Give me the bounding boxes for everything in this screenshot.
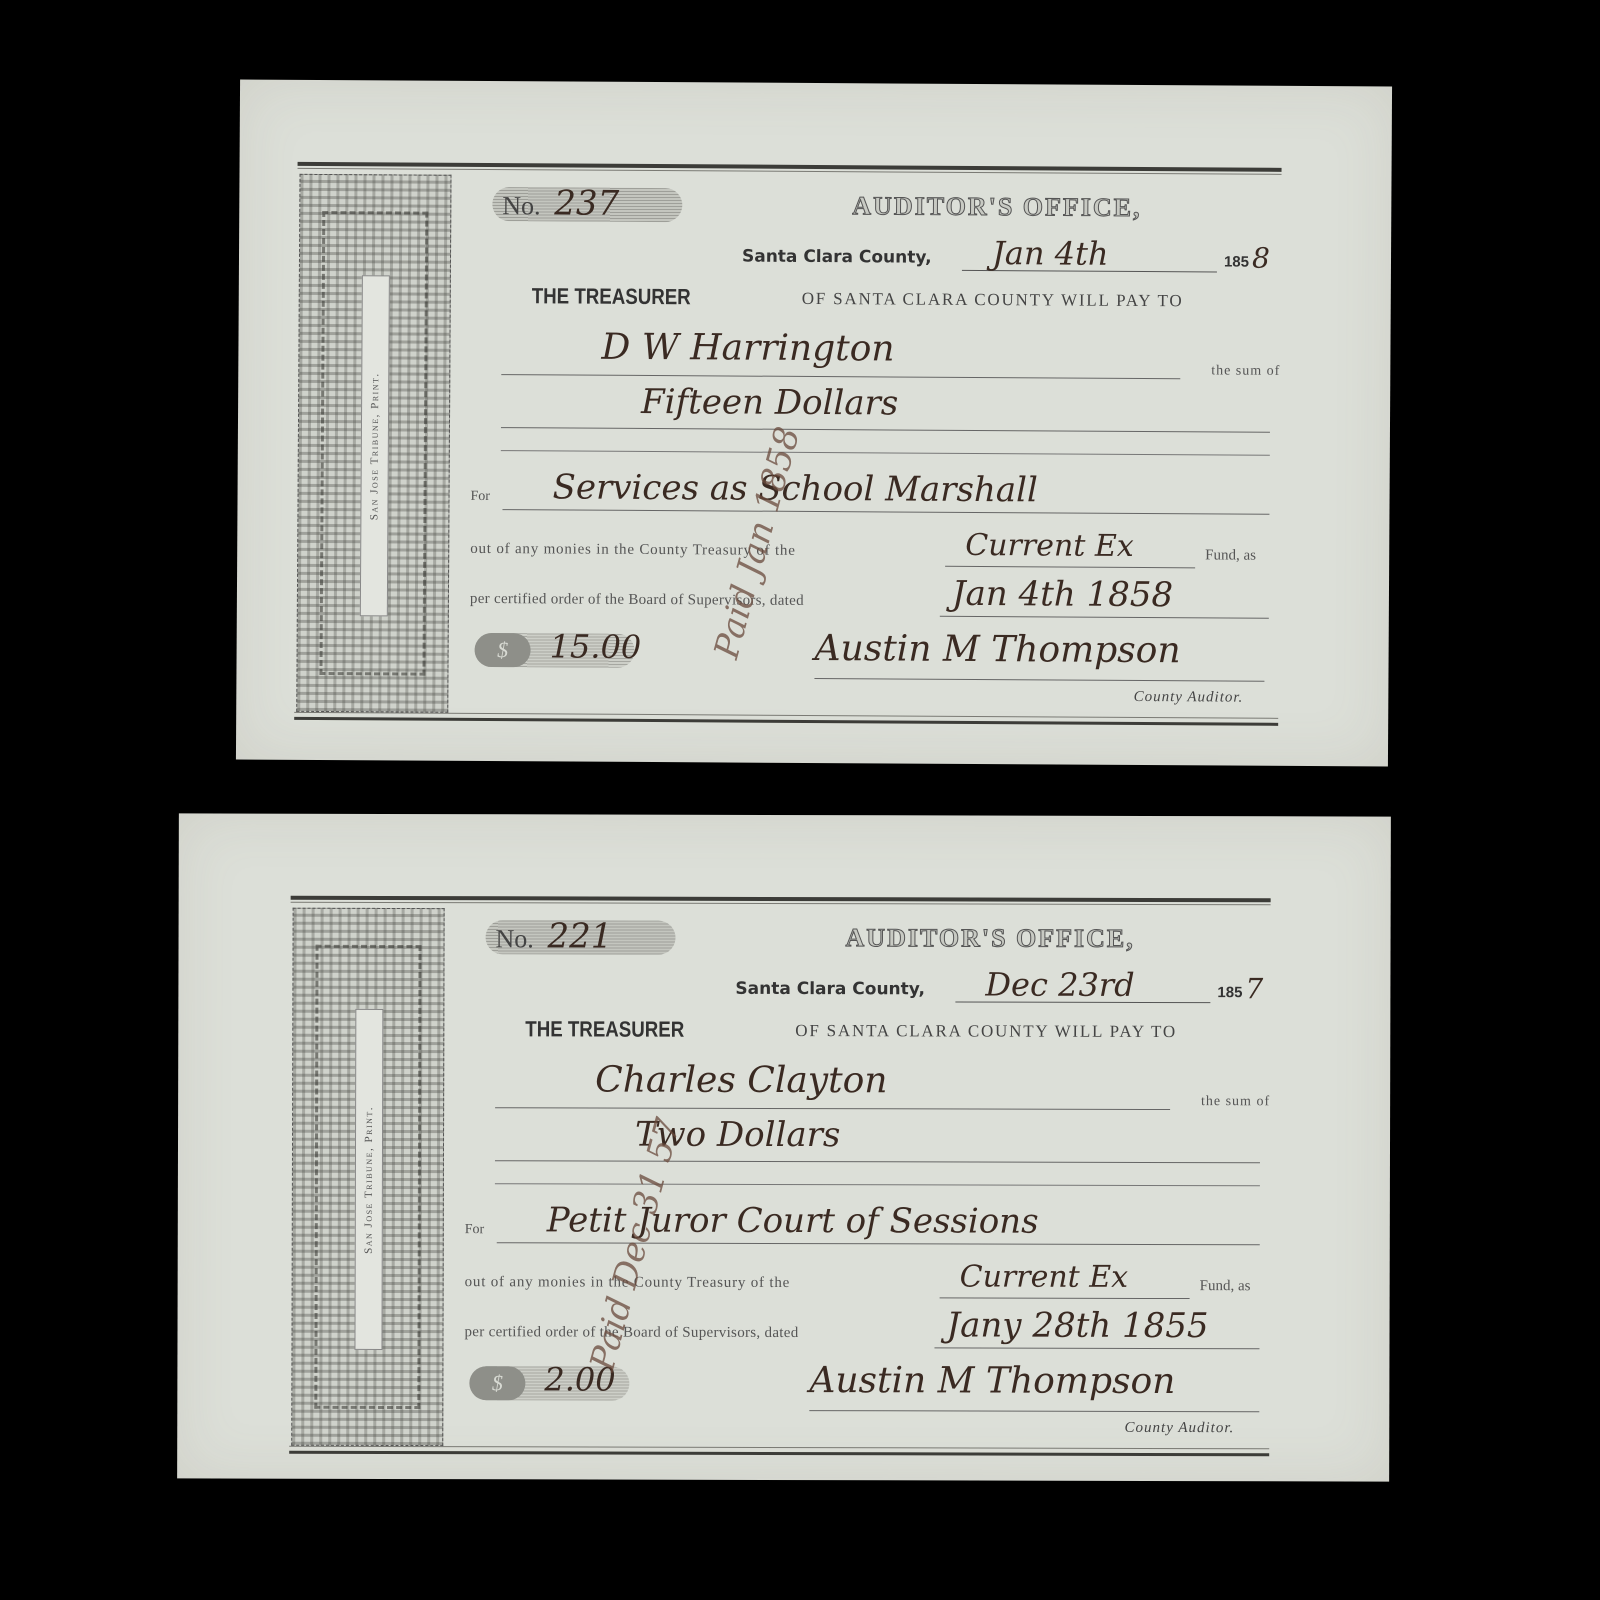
number-label: No. — [502, 191, 540, 221]
fund-suffix: Fund, as — [1205, 547, 1256, 564]
fund-value: Current Ex — [965, 528, 1134, 564]
dollar-amount-box: $ 2.00 — [469, 1366, 629, 1400]
top-rule — [291, 896, 1271, 903]
county-date-line: Santa Clara County, Dec 23rd 185 7 — [735, 969, 1260, 1006]
purpose-row: For Services as School Marshall — [470, 475, 1269, 520]
fund-suffix: Fund, as — [1200, 1278, 1251, 1295]
signatory-title: County Auditor. — [1125, 1420, 1235, 1437]
date-field: Jan 4th — [962, 240, 1217, 273]
purpose-field: Services as School Marshall — [502, 475, 1269, 515]
treasurer-line: THE TREASURER OF SANTA CLARA COUNTY WILL… — [525, 1016, 1270, 1050]
for-label: For — [470, 489, 490, 505]
dollar-sign-icon: $ — [469, 1366, 525, 1400]
for-label: For — [465, 1222, 484, 1238]
dollar-sign-icon: $ — [475, 633, 531, 667]
treasurer-heading: THE TREASURER — [525, 1016, 684, 1042]
payee-value: Charles Clayton — [595, 1060, 887, 1102]
signature-field: Austin M Thompson — [814, 632, 1264, 682]
top-rule — [298, 162, 1282, 172]
amount-words-field: Two Dollars — [495, 1116, 1260, 1163]
order-date-row: per certified order of the Board of Supe… — [470, 583, 1279, 622]
amount-words-value: Fifteen Dollars — [641, 382, 898, 424]
treasurer-heading: THE TREASURER — [532, 283, 691, 310]
purpose-field: Petit Juror Court of Sessions — [497, 1208, 1260, 1245]
order-date-field: Jany 28th 1855 — [934, 1317, 1259, 1349]
county-warrant-237: San Jose Tribune, Print. No. 237 AUDITOR… — [236, 79, 1392, 766]
warrant-number: 221 — [547, 916, 612, 956]
fund-field: Current Ex — [940, 1269, 1190, 1299]
payee-value: D W Harrington — [601, 327, 894, 370]
bottom-rule — [294, 717, 1278, 726]
treasurer-text: OF SANTA CLARA COUNTY WILL PAY TO — [802, 289, 1184, 311]
treasurer-text: OF SANTA CLARA COUNTY WILL PAY TO — [795, 1021, 1177, 1042]
order-date-value: Jany 28th 1855 — [946, 1305, 1208, 1346]
payee-field: D W Harrington — [501, 330, 1180, 379]
fund-value: Current Ex — [960, 1259, 1129, 1294]
dollar-amount-box: $ 15.00 — [475, 633, 635, 668]
number-label: No. — [496, 924, 534, 954]
number-box: No. 221 — [486, 920, 676, 954]
purpose-row: For Petit Juror Court of Sessions — [465, 1208, 1260, 1250]
date-field: Dec 23rd — [955, 971, 1210, 1003]
warrant-form: San Jose Tribune, Print. No. 221 AUDITOR… — [289, 896, 1270, 1457]
year-prefix: 185 — [1224, 254, 1249, 271]
county-label: Santa Clara County, — [742, 247, 932, 268]
fund-row: out of any monies in the County Treasury… — [470, 535, 1279, 572]
county-label: Santa Clara County, — [735, 979, 925, 999]
signatory-title: County Auditor. — [1134, 689, 1244, 707]
blank-line — [501, 450, 1270, 456]
dollar-amount: 15.00 — [550, 627, 642, 666]
treasurer-line: THE TREASURER OF SANTA CLARA COUNTY WILL… — [532, 283, 1281, 320]
order-date-value: Jan 4th 1858 — [952, 574, 1173, 615]
order-date-field: Jan 4th 1858 — [940, 586, 1269, 619]
date-value: Jan 4th — [992, 234, 1109, 273]
ornamental-border-panel: San Jose Tribune, Print. — [296, 174, 451, 713]
office-title: AUDITOR'S OFFICE, — [852, 191, 1141, 223]
ornamental-border-panel: San Jose Tribune, Print. — [291, 908, 444, 1446]
auditor-signature: Austin M Thompson — [814, 628, 1180, 671]
county-warrant-221: San Jose Tribune, Print. No. 221 AUDITOR… — [177, 813, 1391, 1481]
year-suffix: 8 — [1252, 242, 1270, 275]
office-title: AUDITOR'S OFFICE, — [846, 923, 1135, 954]
sum-of-label: the sum of — [1211, 363, 1280, 379]
year-suffix: 7 — [1245, 972, 1263, 1005]
signature-field: Austin M Thompson — [809, 1364, 1259, 1412]
payee-field: Charles Clayton — [495, 1063, 1170, 1110]
blank-line — [495, 1183, 1260, 1186]
bottom-rule — [289, 1451, 1269, 1457]
fund-field: Current Ex — [945, 538, 1195, 569]
amount-words-field: Fifteen Dollars — [501, 383, 1270, 433]
date-value: Dec 23rd — [985, 966, 1134, 1004]
county-date-line: Santa Clara County, Jan 4th 185 8 — [742, 237, 1271, 276]
order-date-row: per certified order of the Board of Supe… — [464, 1316, 1269, 1352]
warrant-number: 237 — [554, 183, 619, 223]
fund-row: out of any monies in the County Treasury… — [465, 1268, 1270, 1302]
auditor-signature: Austin M Thompson — [809, 1360, 1175, 1402]
printer-imprint: San Jose Tribune, Print. — [368, 372, 381, 520]
warrant-content: No. 221 AUDITOR'S OFFICE, Santa Clara Co… — [464, 908, 1270, 1448]
sum-of-label: the sum of — [1201, 1094, 1270, 1110]
year-prefix: 185 — [1217, 984, 1242, 1001]
imprint-slot: San Jose Tribune, Print. — [360, 275, 390, 616]
imprint-slot: San Jose Tribune, Print. — [354, 1009, 383, 1350]
number-box: No. 237 — [492, 187, 682, 222]
warrant-content: No. 237 AUDITOR'S OFFICE, Santa Clara Co… — [469, 175, 1281, 718]
printer-imprint: San Jose Tribune, Print. — [363, 1105, 375, 1253]
